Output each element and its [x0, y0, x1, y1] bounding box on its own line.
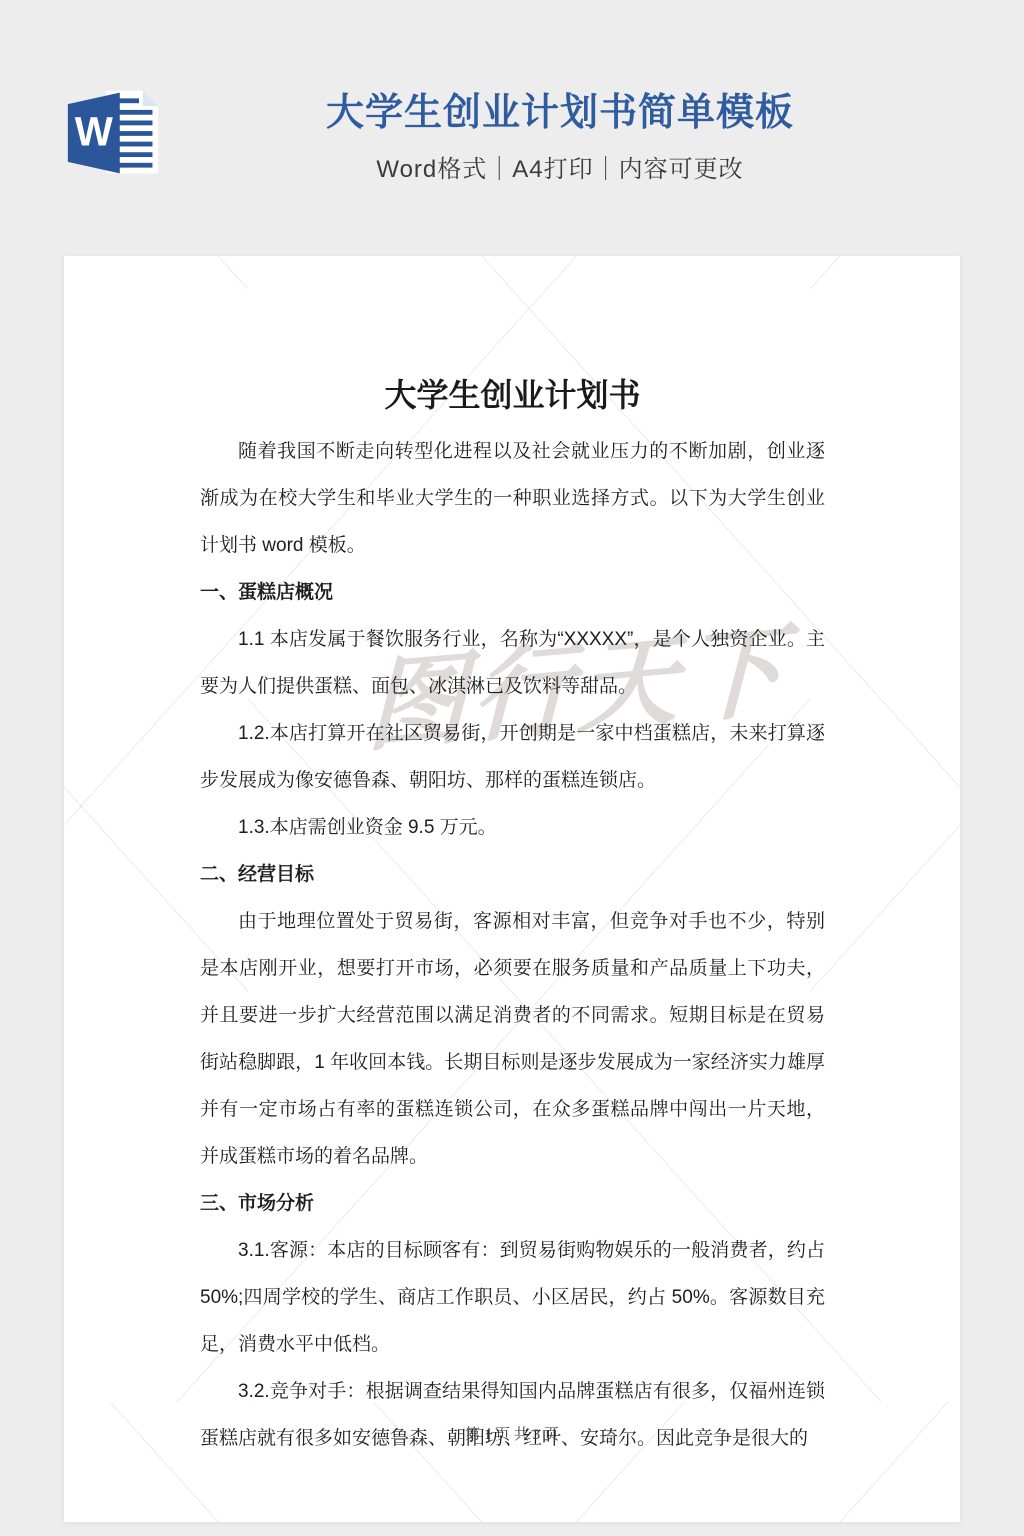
- paragraph-1-3: 1.3.本店需创业资金 9.5 万元。: [200, 804, 825, 851]
- section-heading-3: 三、市场分析: [200, 1180, 825, 1227]
- header-text-block: 大学生创业计划书简单模板 Word格式｜A4打印｜内容可更改: [96, 92, 1024, 184]
- document-title: 大学生创业计划书: [200, 370, 825, 416]
- paragraph-1-2: 1.2.本店打算开在社区贸易街，开创期是一家中档蛋糕店，未来打算逐步发展成为像安…: [200, 710, 825, 804]
- document-page: 图行天下 大学生创业计划书 随着我国不断走向转型化进程以及社会就业压力的不断加剧…: [64, 256, 960, 1522]
- template-title: 大学生创业计划书简单模板: [96, 92, 1024, 136]
- paragraph-1-1: 1.1 本店发属于餐饮服务行业，名称为“XXXXX”，是个人独资企业。主要为人们…: [200, 616, 825, 710]
- page-number-footer: 第 1 页 共 3 页: [64, 1423, 960, 1444]
- template-subtitle: Word格式｜A4打印｜内容可更改: [96, 149, 1024, 184]
- section-heading-1: 一、蛋糕店概况: [200, 569, 825, 616]
- paragraph-3-1: 3.1.客源：本店的目标顾客有：到贸易街购物娱乐的一般消费者，约占 50%;四周…: [200, 1227, 825, 1368]
- paragraph-intro: 随着我国不断走向转型化进程以及社会就业压力的不断加剧，创业逐渐成为在校大学生和毕…: [200, 428, 825, 569]
- paragraph-2-body: 由于地理位置处于贸易街，客源相对丰富，但竞争对手也不少，特别是本店刚开业，想要打…: [200, 898, 825, 1180]
- page-background: W 大学生创业计划书简单模板 Word格式｜A4打印｜内容可更改 图行天下 大学…: [0, 0, 1024, 1536]
- document-content: 大学生创业计划书 随着我国不断走向转型化进程以及社会就业压力的不断加剧，创业逐渐…: [64, 256, 960, 1462]
- section-heading-2: 二、经营目标: [200, 851, 825, 898]
- paragraph-3-2: 3.2.竞争对手：根据调查结果得知国内品牌蛋糕店有很多，仅福州连锁蛋糕店就有很多…: [200, 1368, 825, 1462]
